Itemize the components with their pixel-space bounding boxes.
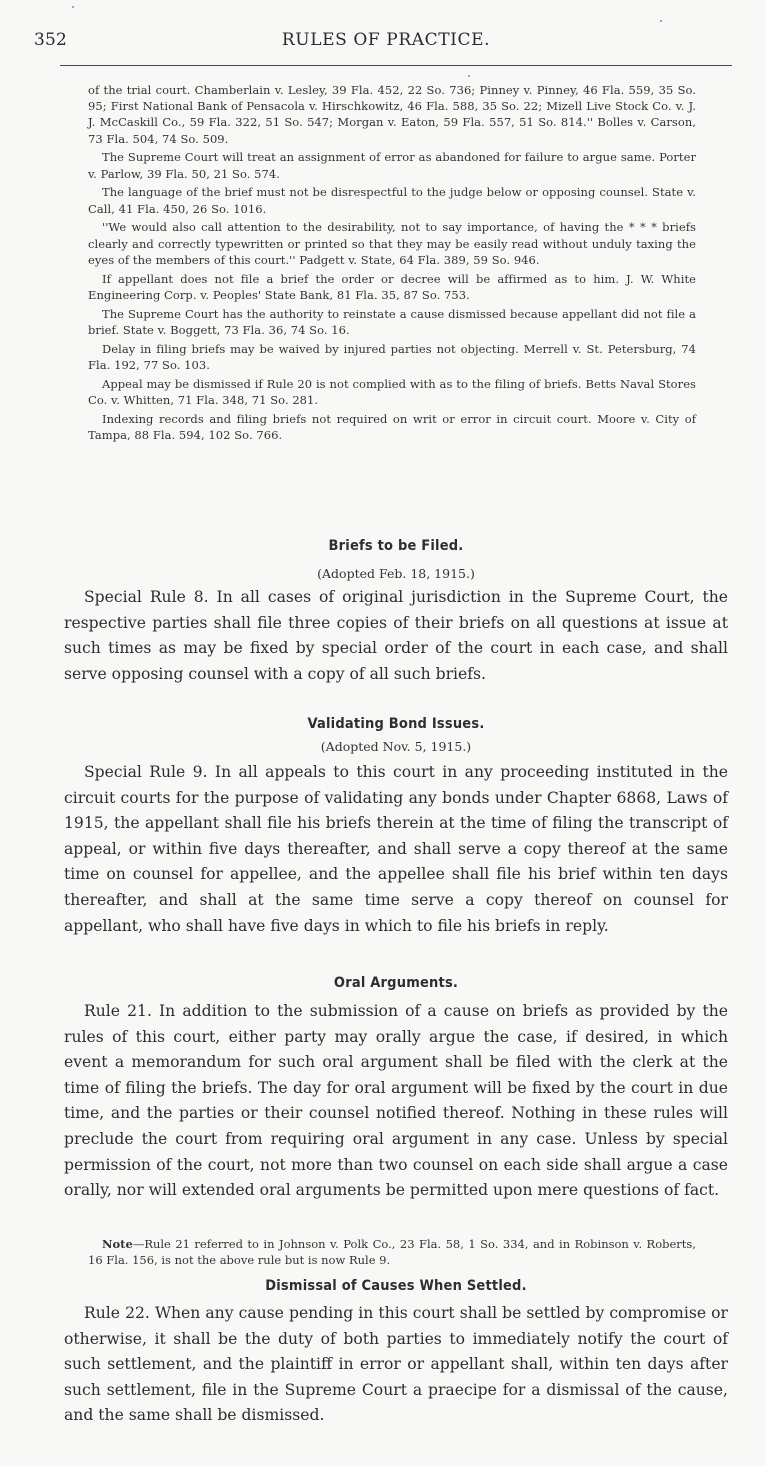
scan-speck — [72, 6, 74, 8]
annotation-paragraph: The language of the brief must not be di… — [88, 184, 696, 216]
header-divider — [60, 65, 732, 66]
rule-body-special-rule-8: Special Rule 8. In all cases of original… — [64, 585, 728, 687]
rule-paragraph: Rule 21. In addition to the submission o… — [64, 999, 728, 1204]
annotation-paragraph: ''We would also call attention to the de… — [88, 219, 696, 268]
note-label: Note — [102, 1237, 133, 1251]
annotation-paragraph: Appeal may be dismissed if Rule 20 is no… — [88, 376, 696, 408]
page-header: 352 RULES OF PRACTICE. — [34, 30, 738, 56]
rule-paragraph: Special Rule 9. In all appeals to this c… — [64, 760, 728, 939]
annotation-paragraph: Delay in filing briefs may be waived by … — [88, 341, 696, 373]
note-text: —Rule 21 referred to in Johnson v. Polk … — [88, 1237, 696, 1267]
section-heading-briefs-to-be-filed: Briefs to be Filed. — [60, 538, 732, 554]
rule-body-special-rule-9: Special Rule 9. In all appeals to this c… — [64, 760, 728, 939]
section-heading-validating-bond-issues: Validating Bond Issues. — [60, 716, 732, 732]
running-head: RULES OF PRACTICE. — [34, 30, 738, 50]
annotation-paragraph: The Supreme Court will treat an assignme… — [88, 149, 696, 181]
note-block: Note—Rule 21 referred to in Johnson v. P… — [88, 1236, 696, 1268]
adopted-date: (Adopted Nov. 5, 1915.) — [60, 739, 732, 754]
annotation-paragraph: If appellant does not file a brief the o… — [88, 271, 696, 303]
section-heading-oral-arguments: Oral Arguments. — [60, 975, 732, 991]
annotation-paragraph: of the trial court. Chamberlain v. Lesle… — [88, 82, 696, 147]
rule-paragraph: Special Rule 8. In all cases of original… — [64, 585, 728, 687]
annotation-paragraph: Indexing records and filing briefs not r… — [88, 411, 696, 443]
annotation-paragraph: The Supreme Court has the authority to r… — [88, 306, 696, 338]
document-page: 352 RULES OF PRACTICE. of the trial cour… — [0, 0, 766, 1466]
scan-speck — [468, 75, 470, 77]
adopted-date: (Adopted Feb. 18, 1915.) — [60, 566, 732, 581]
annotations-block: of the trial court. Chamberlain v. Lesle… — [88, 82, 696, 446]
rule-paragraph: Rule 22. When any cause pending in this … — [64, 1301, 728, 1429]
scan-speck — [660, 20, 662, 22]
section-heading-dismissal-of-causes: Dismissal of Causes When Settled. — [60, 1278, 732, 1294]
rule-body-rule-22: Rule 22. When any cause pending in this … — [64, 1301, 728, 1429]
rule-body-rule-21: Rule 21. In addition to the submission o… — [64, 999, 728, 1204]
